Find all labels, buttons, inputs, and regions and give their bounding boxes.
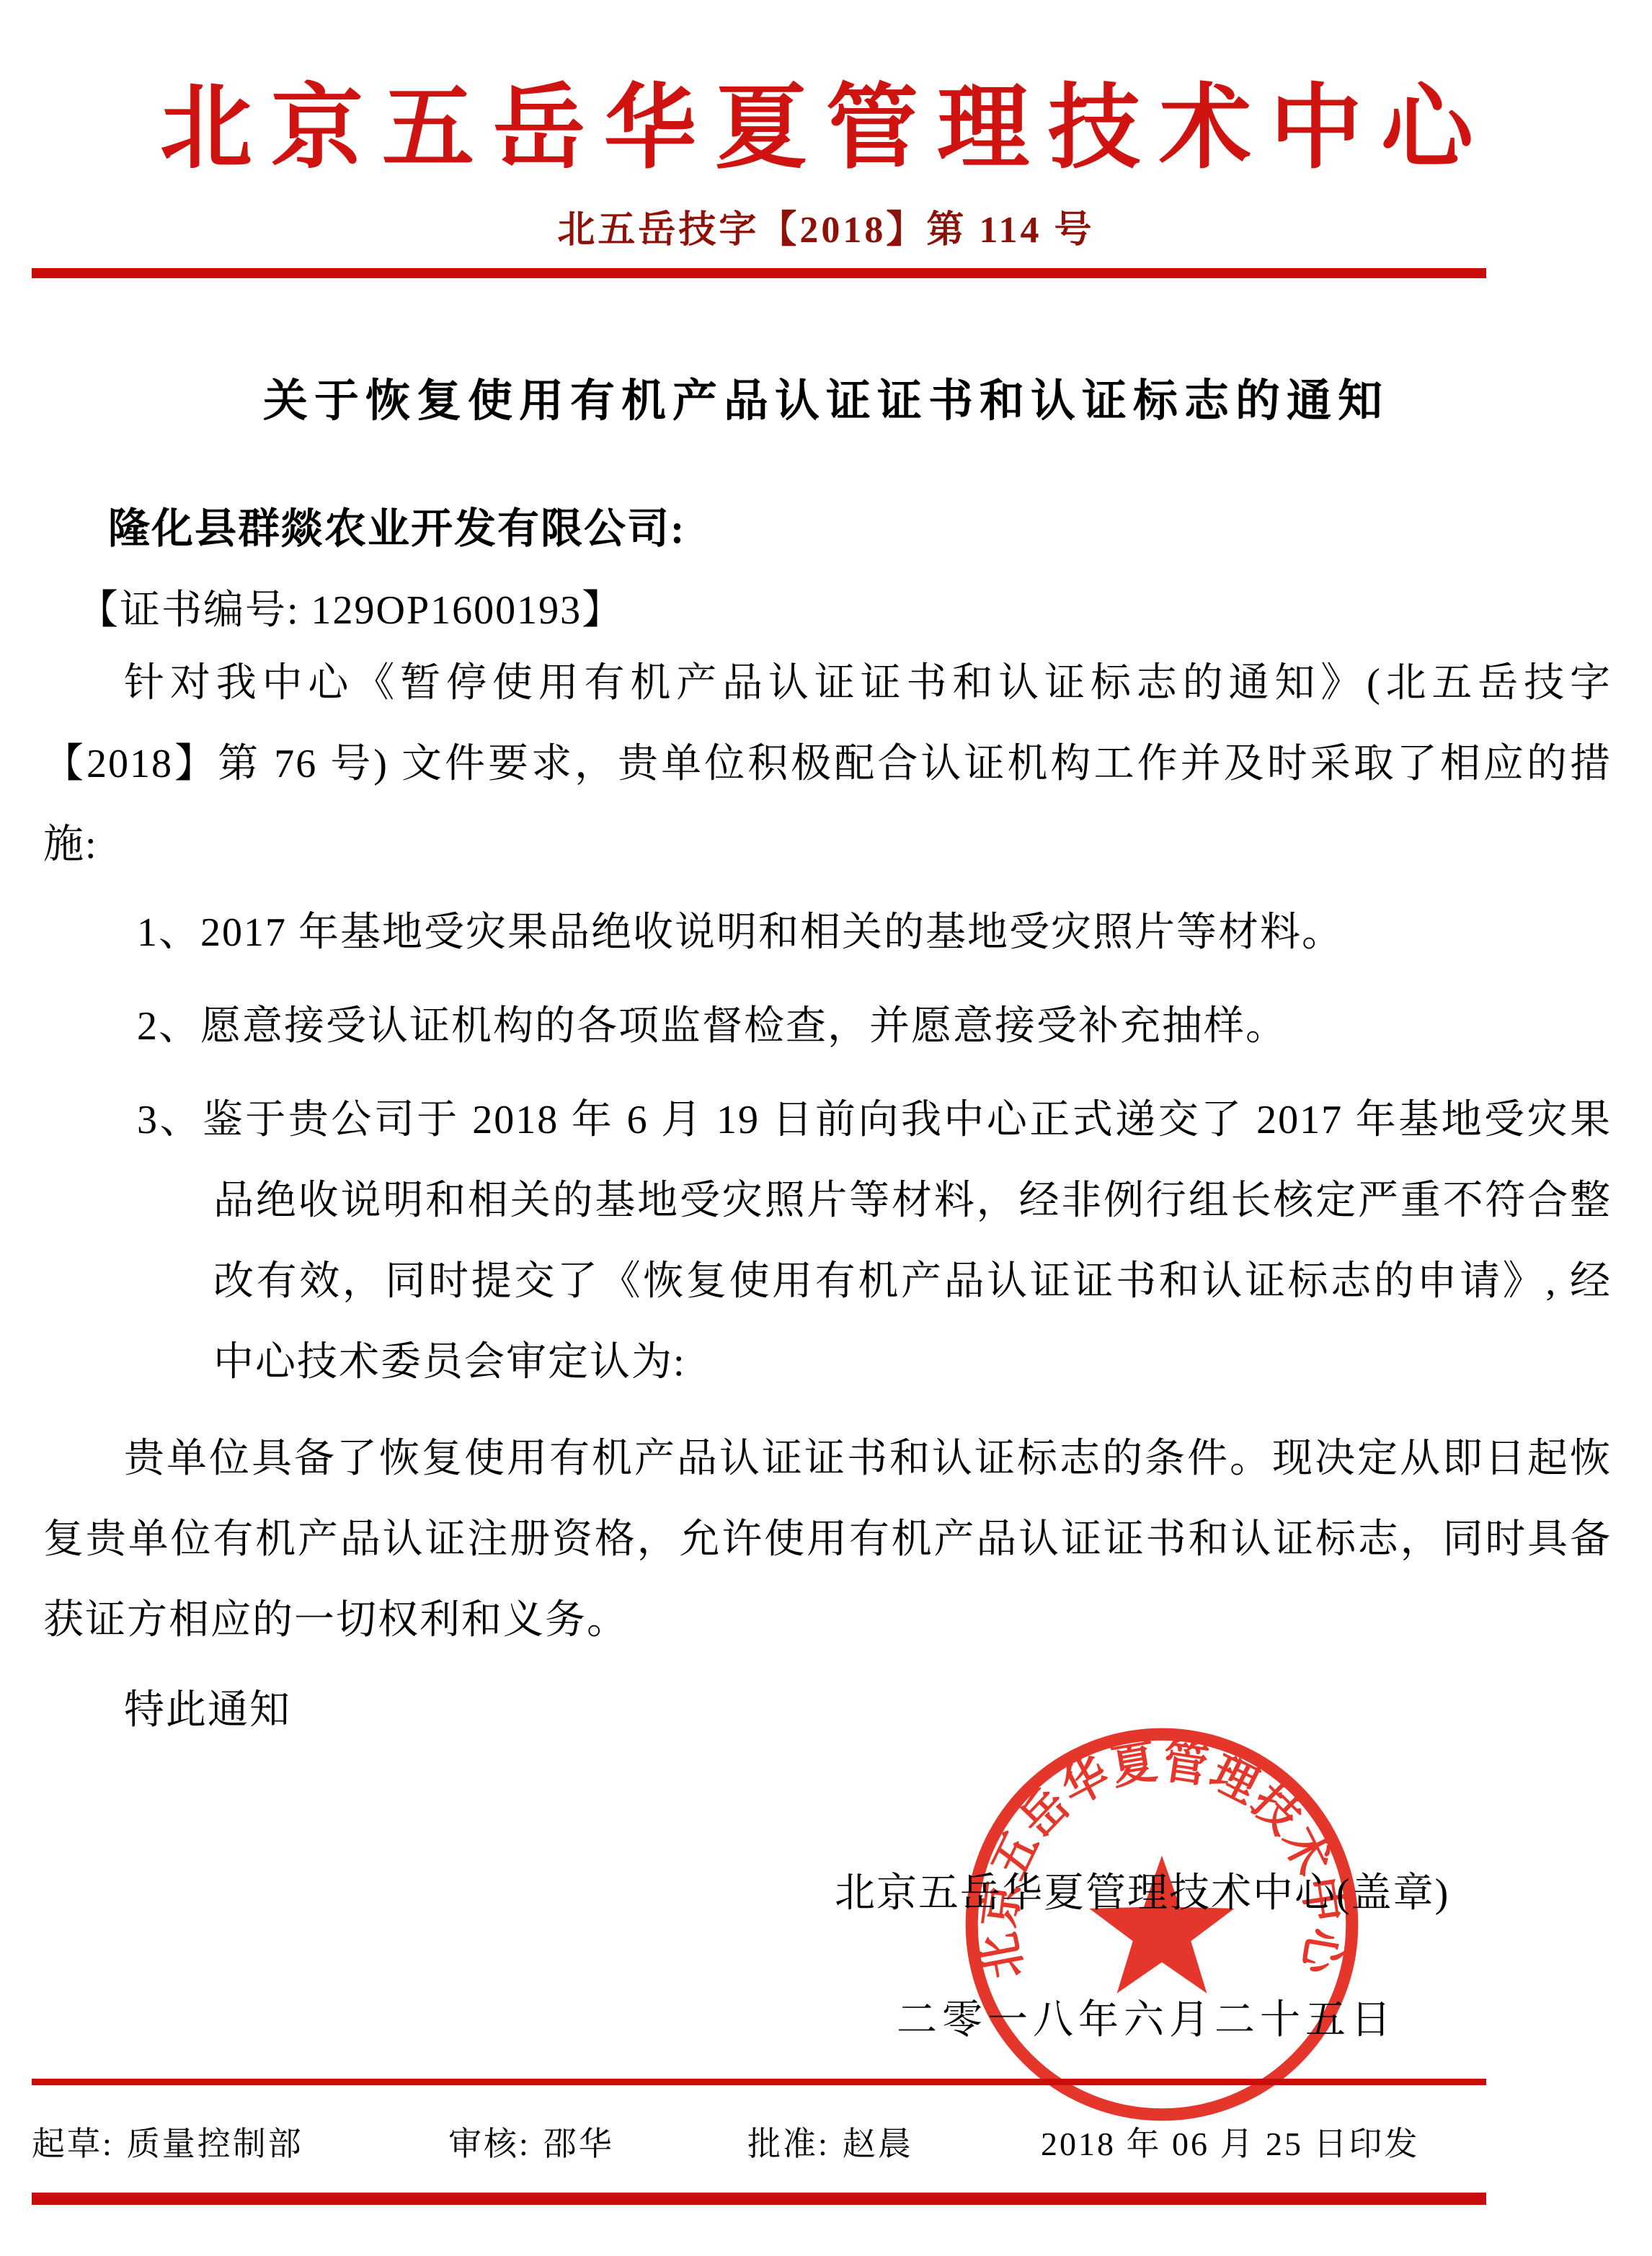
measures-list: 1、2017 年基地受灾果品绝收说明和相关的基地受灾照片等材料。 2、愿意接受认… <box>43 892 1612 1403</box>
certificate-number-line: 【证书编号: 129OP1600193】 <box>78 578 623 636</box>
drafter-label: 起草: <box>32 2126 114 2162</box>
reviewer-value: 邵华 <box>543 2126 614 2162</box>
footer-reviewer: 审核:邵华 <box>448 2118 614 2165</box>
letterhead-doc-number: 北五岳技字【2018】第 114 号 <box>0 199 1652 253</box>
intro-paragraph: 针对我中心《暂停使用有机产品认证证书和认证标志的通知》(北五岳技字【2018】第… <box>43 643 1612 885</box>
letterhead-divider-rule <box>32 268 1486 278</box>
document-page: 北京五岳华夏管理技术中心 北五岳技字【2018】第 114 号 关于恢复使用有机… <box>0 0 1652 2256</box>
list-item: 2、愿意接受认证机构的各项监督检查，并愿意接受补充抽样。 <box>137 986 1612 1067</box>
official-seal-stamp: 北京五岳华夏管理技术中心 <box>951 1714 1372 2135</box>
seal-star-icon <box>1089 1855 1234 1993</box>
footer-top-rule <box>32 2079 1486 2085</box>
list-item: 3、鉴于贵公司于 2018 年 6 月 19 日前向我中心正式递交了 2017 … <box>137 1080 1612 1403</box>
drafter-value: 质量控制部 <box>127 2126 303 2162</box>
addressee-line: 隆化县群燚农业开发有限公司: <box>108 494 685 555</box>
list-item: 1、2017 年基地受灾果品绝收说明和相关的基地受灾照片等材料。 <box>137 892 1612 973</box>
closing-line: 特此通知 <box>124 1678 291 1736</box>
letterhead-org-name: 北京五岳华夏管理技术中心 <box>0 53 1652 186</box>
document-title: 关于恢复使用有机产品认证证书和认证标志的通知 <box>0 365 1652 429</box>
approver-value: 赵晨 <box>843 2126 913 2162</box>
footer-drafter: 起草:质量控制部 <box>32 2118 303 2165</box>
footer-print-date: 2018 年 06 月 25 日印发 <box>1041 2118 1420 2165</box>
approver-label: 批准: <box>747 2126 830 2162</box>
decision-paragraph: 贵单位具备了恢复使用有机产品认证证书和认证标志的条件。现决定从即日起恢复贵单位有… <box>43 1418 1612 1661</box>
reviewer-label: 审核: <box>448 2126 530 2162</box>
footer-bottom-rule <box>32 2193 1486 2205</box>
footer-approver: 批准:赵晨 <box>747 2118 913 2165</box>
seal-icon: 北京五岳华夏管理技术中心 <box>951 1714 1372 2135</box>
